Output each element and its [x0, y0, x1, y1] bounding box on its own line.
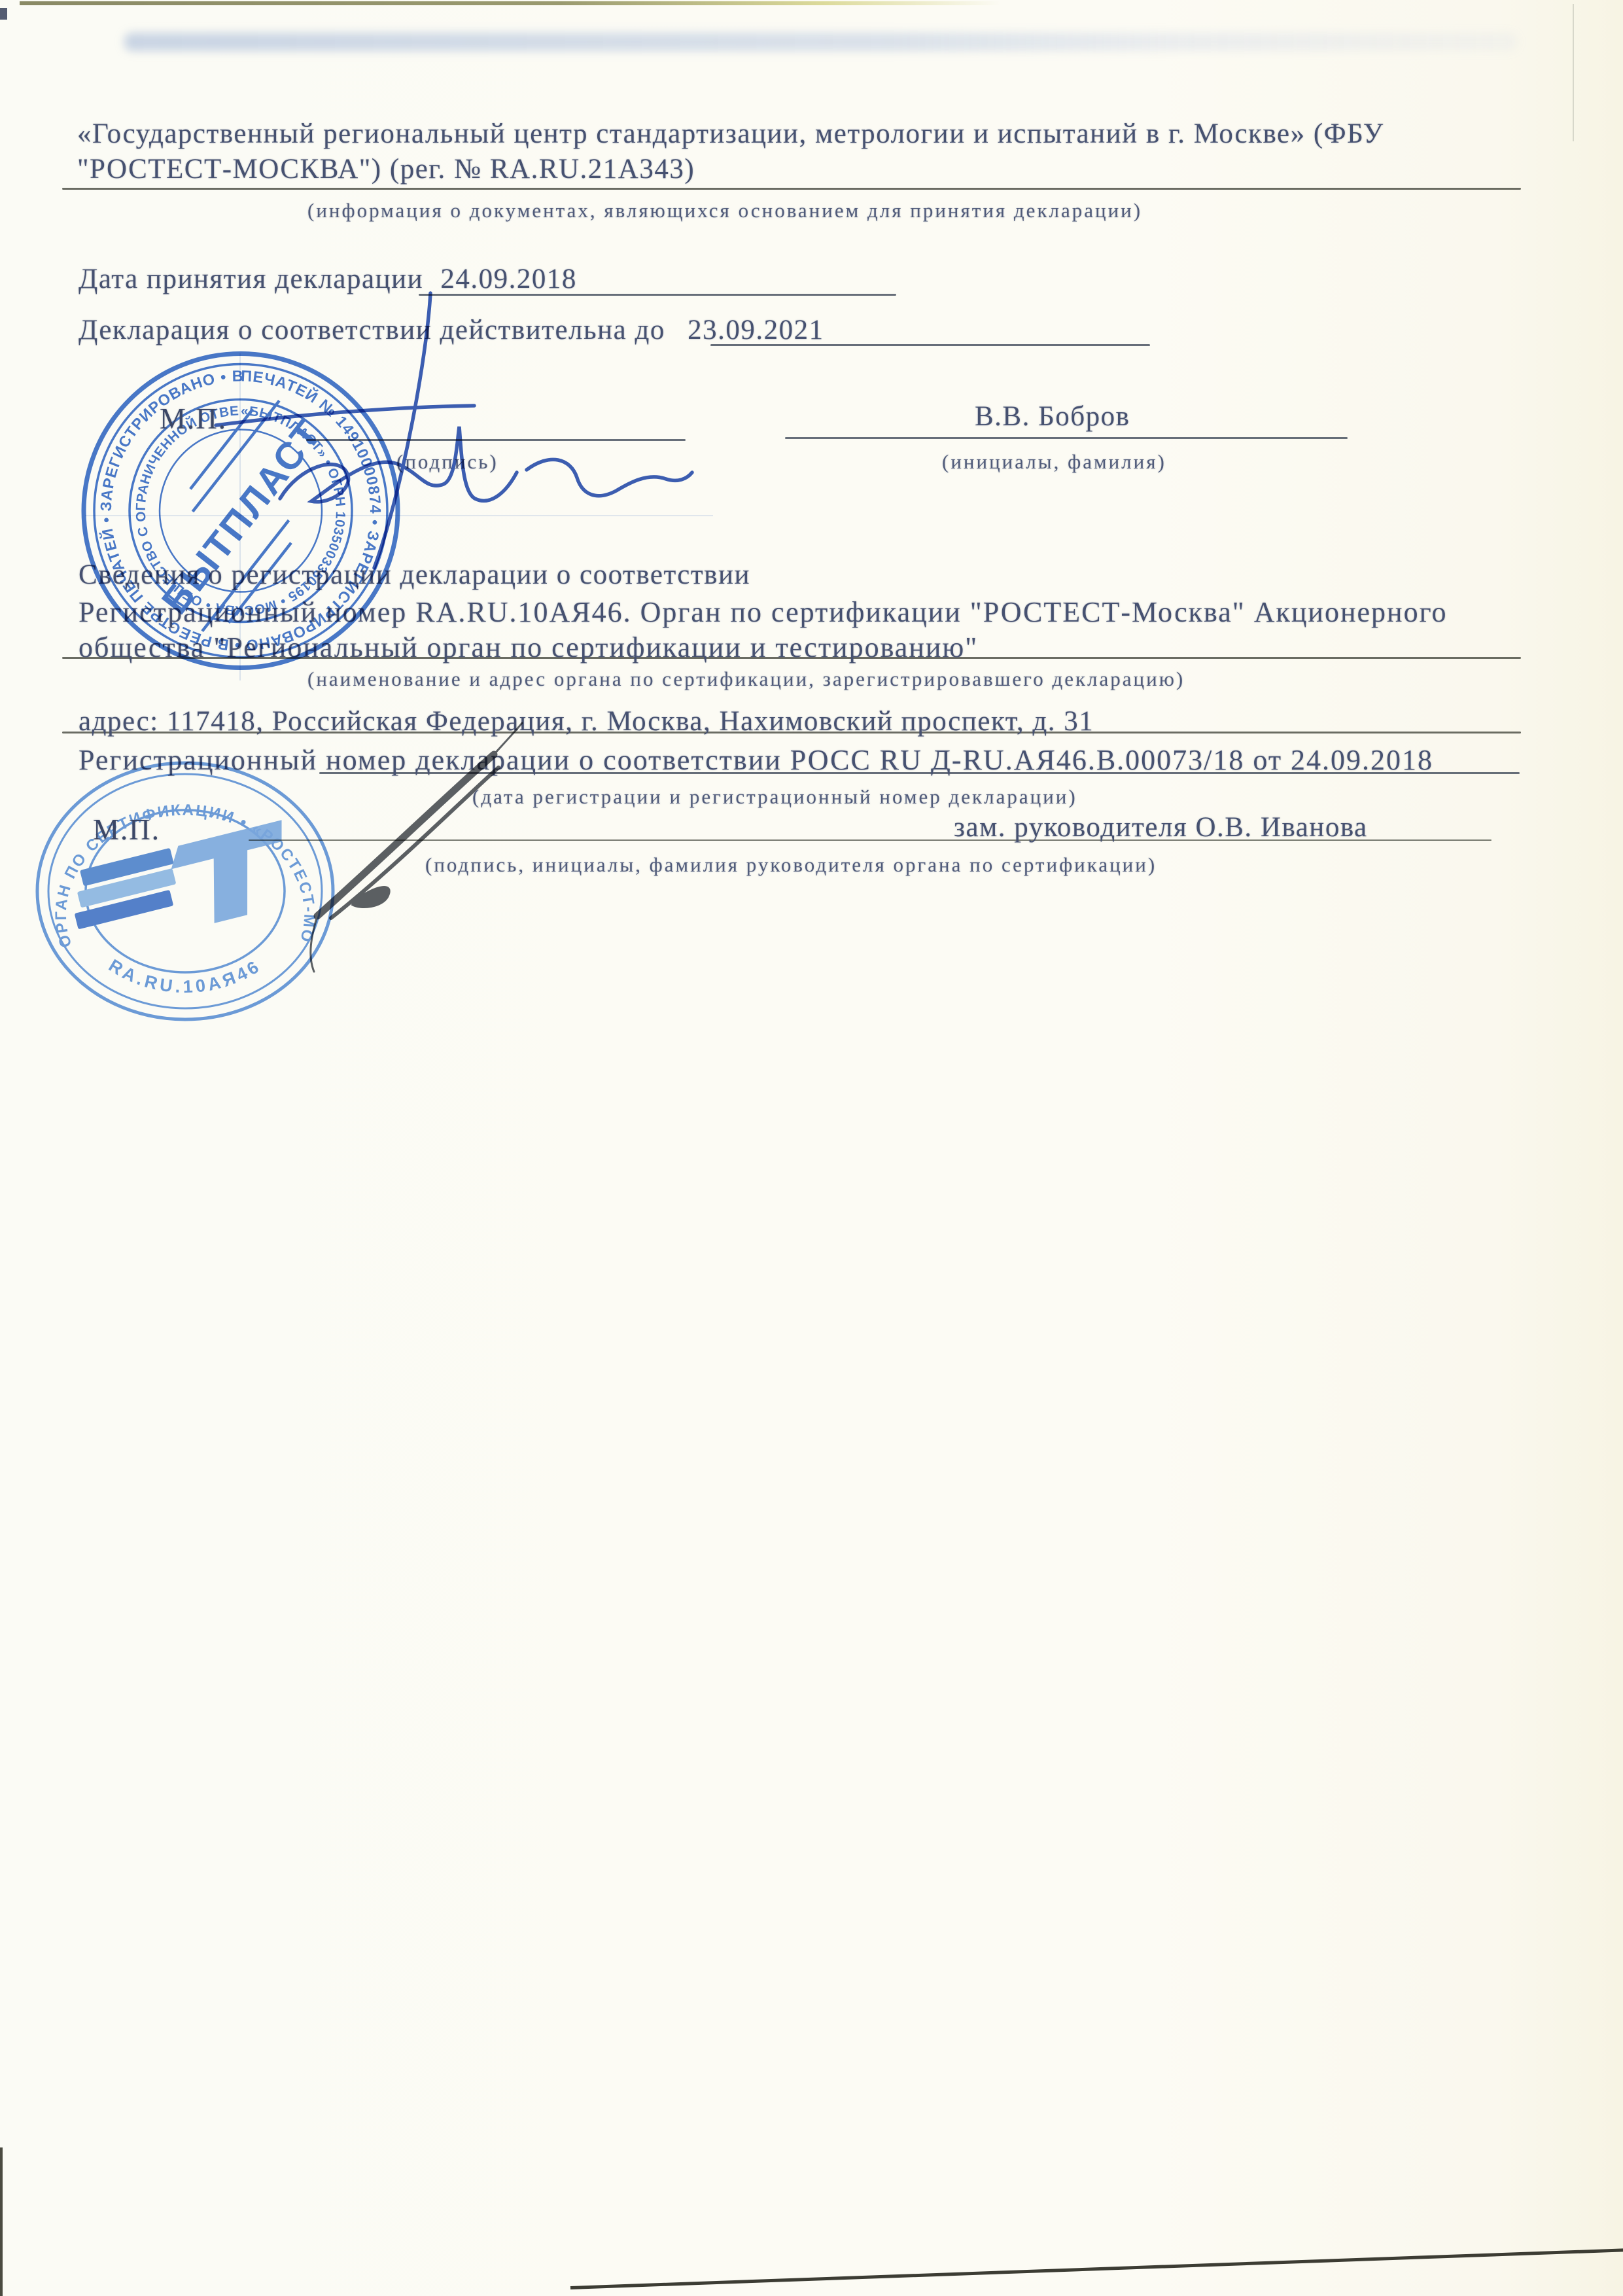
scan-bottom-diagonal-edge	[570, 2248, 1623, 2289]
scan-corner-dot	[0, 8, 7, 20]
certification-head-signature	[288, 710, 589, 991]
declarant-name: В.В. Бобров	[975, 400, 1130, 433]
name1-underline	[785, 437, 1348, 439]
scan-bottom-left-edge	[0, 2147, 3, 2296]
svg-text:RA.RU.10АЯ46: RA.RU.10АЯ46	[105, 955, 265, 997]
scan-top-edge-strip	[20, 1, 1001, 5]
declarant-signature	[196, 275, 759, 582]
header-caption: (информация о документах, являющихся осн…	[307, 199, 1142, 222]
stamp-place-mark-2: М.П.	[93, 813, 160, 847]
header-line-2: "РОСТЕСТ-МОСКВА") (рег. № RA.RU.21А343)	[77, 153, 695, 185]
declarant-name-caption: (инициалы, фамилия)	[942, 450, 1166, 474]
header-line-1: «Государственный региональный центр стан…	[77, 118, 1384, 150]
registration-body-caption: (наименование и адрес органа по сертифик…	[307, 667, 1185, 691]
header-underline	[62, 188, 1521, 190]
stamp-place-mark-1: М.П.	[160, 402, 227, 436]
stamp2-bottom-arc-text: RA.RU.10АЯ46	[105, 955, 265, 997]
scanned-declaration-page: «Государственный региональный центр стан…	[0, 0, 1623, 2296]
scan-top-smudge	[124, 33, 1518, 51]
deputy-head-line: зам. руководителя О.В. Иванова	[954, 811, 1368, 843]
scan-right-hairline	[1573, 4, 1574, 141]
